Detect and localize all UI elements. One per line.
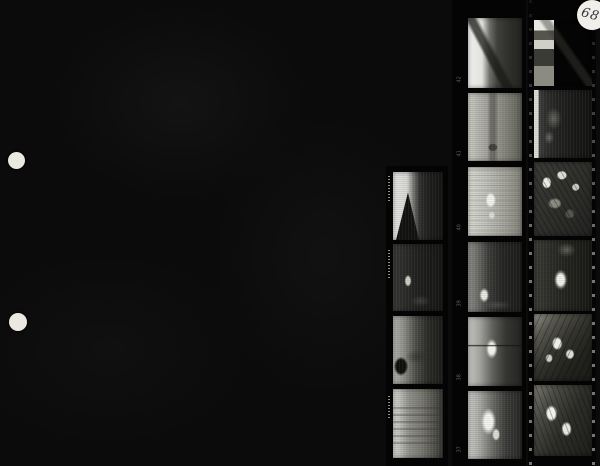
film-edge-marking — [388, 396, 390, 420]
photo-frame — [393, 316, 443, 384]
frame-number: 42 — [456, 77, 462, 83]
photo-frame — [534, 385, 592, 456]
film-strip-3 — [528, 0, 596, 466]
film-strip-1 — [386, 166, 448, 466]
sprocket-holes-left — [529, 0, 532, 466]
sticker-label: 68 — [577, 0, 600, 30]
frame-number: 37 — [456, 447, 462, 453]
sprocket-holes-right — [592, 0, 595, 466]
photo-frame — [534, 20, 592, 86]
frame-number: 39 — [456, 301, 462, 307]
photo-frame — [468, 391, 522, 459]
photo-frame — [534, 314, 592, 381]
photo-frame — [393, 172, 443, 240]
photo-frame — [468, 93, 522, 161]
sticker-number: 68 — [579, 5, 600, 25]
photo-frame — [393, 389, 443, 458]
frame-number: 41 — [456, 151, 462, 157]
photo-frame — [468, 242, 522, 312]
photo-frame — [534, 162, 592, 236]
contact-sheet: 42 41 40 39 38 37 68 — [0, 0, 600, 466]
photo-frame — [393, 244, 443, 311]
frame-number: 40 — [456, 225, 462, 231]
frame-number: 38 — [456, 375, 462, 381]
punch-hole-top — [8, 152, 25, 169]
film-edge-marking — [388, 250, 390, 280]
photo-frame — [534, 90, 592, 158]
punch-hole-bottom — [9, 313, 27, 331]
film-edge-marking — [388, 176, 390, 202]
film-strip-2: 42 41 40 39 38 37 — [452, 0, 526, 466]
photo-frame — [534, 240, 592, 311]
photo-frame — [468, 167, 522, 236]
photo-frame — [468, 18, 522, 88]
photo-frame — [468, 317, 522, 386]
